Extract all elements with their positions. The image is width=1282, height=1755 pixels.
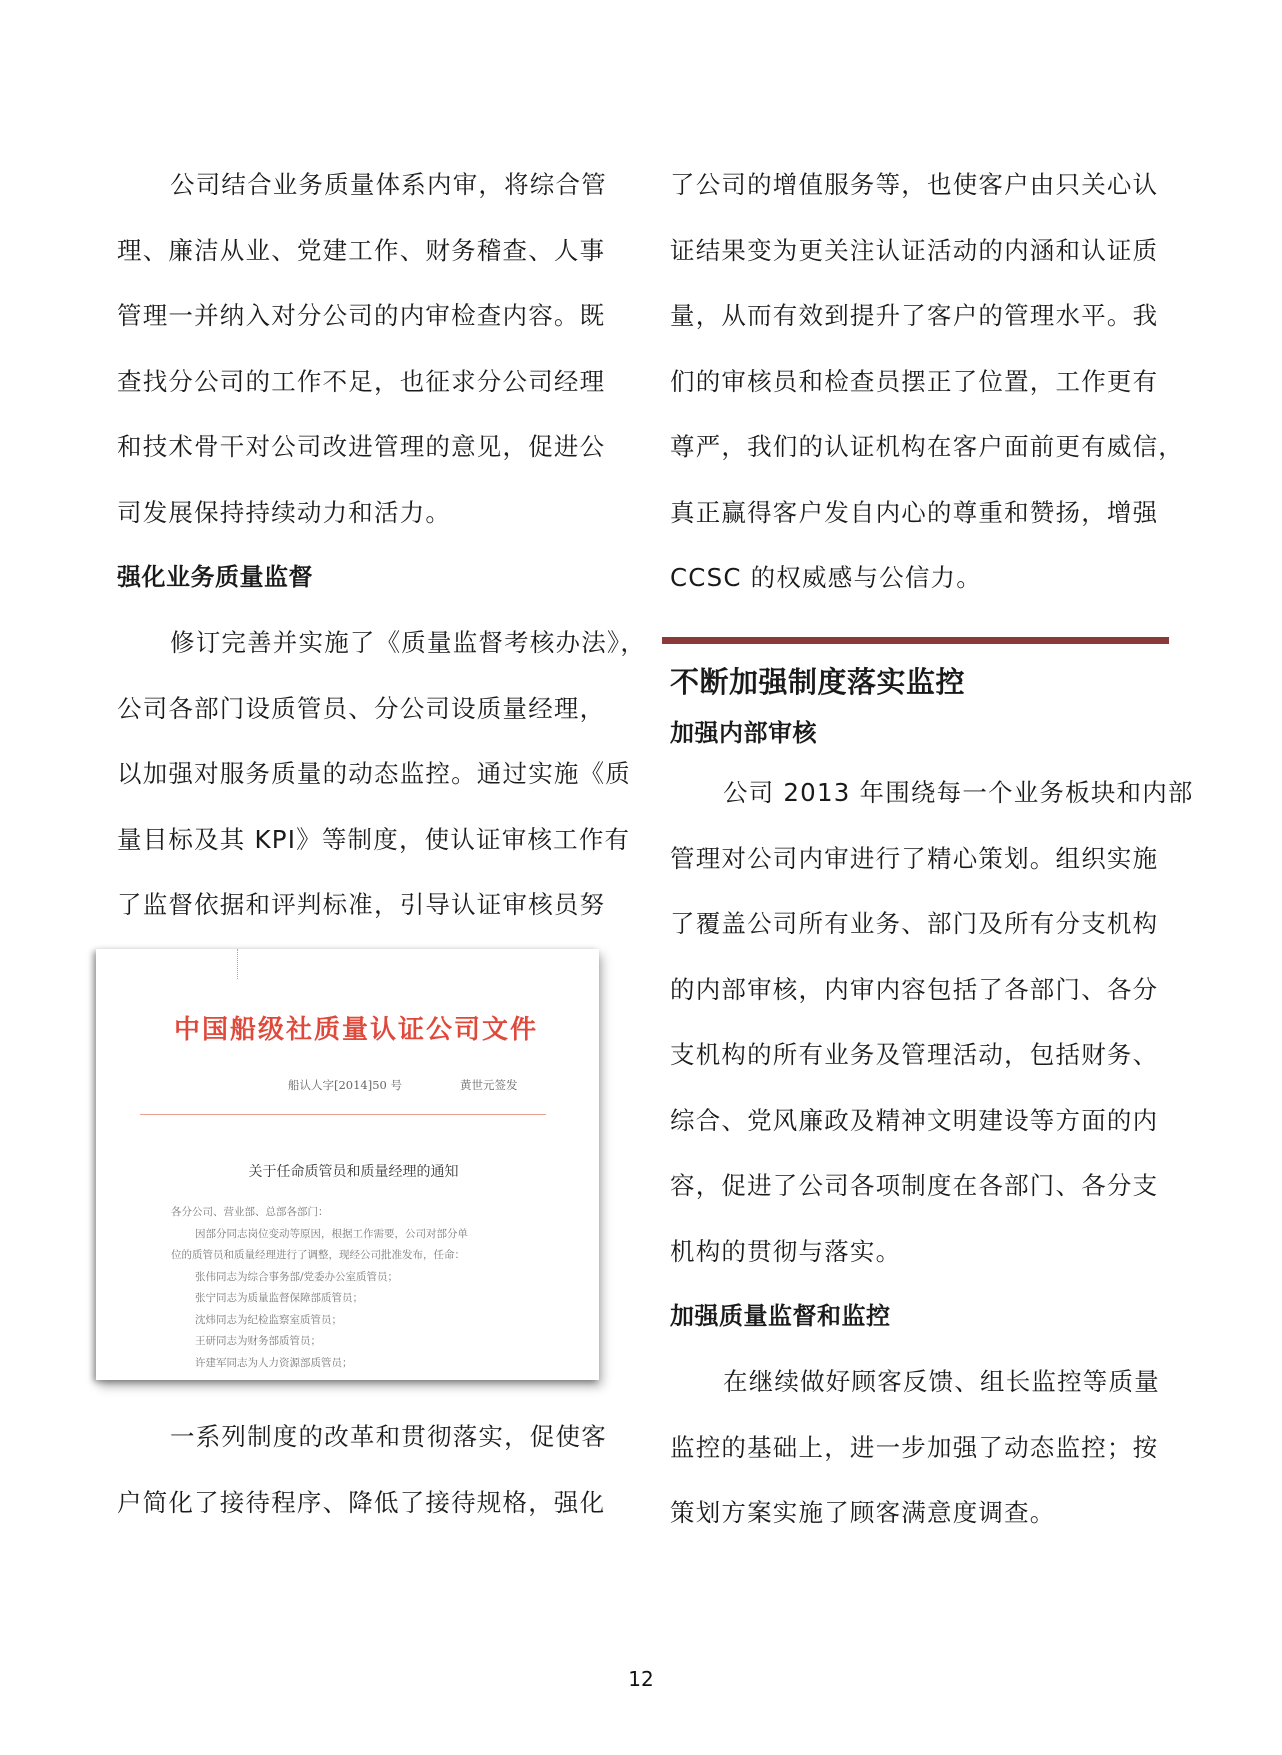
scanned-document-image: 中国船级社质量认证公司文件 船认人字[2014]50 号 黄世元签发 关于任命质… [96, 949, 599, 1380]
page-number: 12 [0, 1667, 1282, 1691]
notice-heading: 关于任命质管员和质量经理的通知 [96, 1161, 599, 1181]
text-line: 监控的基础上，进一步加强了动态监控；按 [670, 1415, 1182, 1481]
notice-line: 各分公司、营业部、总部各部门： [171, 1202, 531, 1224]
text-line: 了覆盖公司所有业务、部门及所有分支机构 [670, 891, 1182, 957]
text-line: 司发展保持持续动力和活力。 [117, 480, 627, 546]
text-line: 在继续做好顾客反馈、组长监控等质量 [670, 1349, 1182, 1415]
text-line: CCSC 的权威感与公信力。 [670, 545, 1182, 611]
document-number: 船认人字[2014]50 号 [288, 1077, 402, 1093]
text-line: 了监督依据和评判标准，引导认证审核员努 [117, 872, 627, 938]
left-paragraph-1: 公司结合业务质量体系内审，将综合管 理、廉洁从业、党建工作、财务稽查、人事 管理… [117, 152, 627, 545]
text-line: 量，从而有效到提升了客户的管理水平。我 [670, 283, 1182, 349]
left-column: 公司结合业务质量体系内审，将综合管 理、廉洁从业、党建工作、财务稽查、人事 管理… [117, 152, 627, 938]
text-line: 修订完善并实施了《质量监督考核办法》， [117, 610, 627, 676]
text-line: 策划方案实施了顾客满意度调查。 [670, 1480, 1182, 1546]
text-line: 管理一并纳入对分公司的内审检查内容。既 [117, 283, 627, 349]
notice-line: 许建军同志为人力资源部质管员； [171, 1353, 531, 1375]
notice-body: 各分公司、营业部、总部各部门： 因部分同志岗位变动等原因，根据工作需要，公司对部… [171, 1202, 531, 1374]
left-paragraph-3: 一系列制度的改革和贯彻落实，促使客 户简化了接待程序、降低了接待规格，强化 [117, 1404, 627, 1535]
text-line: 管理对公司内审进行了精心策划。组织实施 [670, 826, 1182, 892]
text-line: 真正赢得客户发自内心的尊重和赞扬，增强 [670, 480, 1182, 546]
notice-line: 张宁同志为质量监督保障部质管员； [171, 1288, 531, 1310]
text-line: 们的审核员和检查员摆正了位置，工作更有 [670, 349, 1182, 415]
section-title: 不断加强制度落实监控 [670, 660, 1182, 704]
text-line: 和技术骨干对公司改进管理的意见，促进公 [117, 414, 627, 480]
text-line: 量目标及其 KPI》等制度，使认证审核工作有 [117, 807, 627, 873]
notice-line: 位的质管员和质量经理进行了调整，现经公司批准发布，任命： [171, 1245, 531, 1267]
text-line: 支机构的所有业务及管理活动，包括财务、 [670, 1022, 1182, 1088]
notice-line: 因部分同志岗位变动等原因，根据工作需要，公司对部分单 [171, 1224, 531, 1246]
subheading-quality-monitoring: 加强质量监督和监控 [670, 1284, 1182, 1349]
right-column: 了公司的增值服务等，也使客户由只关心认 证结果变为更关注认证活动的内涵和认证质 … [670, 152, 1182, 611]
text-line: 证结果变为更关注认证活动的内涵和认证质 [670, 218, 1182, 284]
text-line: 以加强对服务质量的动态监控。通过实施《质 [117, 741, 627, 807]
notice-line: 沈炜同志为纪检监察室质管员； [171, 1310, 531, 1332]
notice-line: 张伟同志为综合事务部/党委办公室质管员； [171, 1267, 531, 1289]
text-line: 理、廉洁从业、党建工作、财务稽查、人事 [117, 218, 627, 284]
text-line: 尊严，我们的认证机构在客户面前更有威信， [670, 414, 1182, 480]
crop-mark [237, 949, 240, 979]
text-line: 一系列制度的改革和贯彻落实，促使客 [117, 1404, 627, 1470]
document-letterhead: 中国船级社质量认证公司文件 [174, 1009, 538, 1046]
right-paragraph-2: 公司 2013 年围绕每一个业务板块和内部 管理对公司内审进行了精心策划。组织实… [670, 760, 1182, 1284]
text-line: 户简化了接待程序、降低了接待规格，强化 [117, 1470, 627, 1536]
text-line: 查找分公司的工作不足，也征求分公司经理 [117, 349, 627, 415]
right-paragraph-3: 在继续做好顾客反馈、组长监控等质量 监控的基础上，进一步加强了动态监控；按 策划… [670, 1349, 1182, 1546]
text-line: 容，促进了公司各项制度在各部门、各分支 [670, 1153, 1182, 1219]
letterhead-rule [140, 1114, 546, 1115]
notice-line: 王研同志为财务部质管员； [171, 1331, 531, 1353]
left-paragraph-2: 修订完善并实施了《质量监督考核办法》， 公司各部门设质管员、分公司设质量经理， … [117, 610, 627, 938]
text-line: 了公司的增值服务等，也使客户由只关心认 [670, 152, 1182, 218]
right-paragraph-1: 了公司的增值服务等，也使客户由只关心认 证结果变为更关注认证活动的内涵和认证质 … [670, 152, 1182, 611]
text-line: 综合、党风廉政及精神文明建设等方面的内 [670, 1088, 1182, 1154]
text-line: 的内部审核，内审内容包括了各部门、各分 [670, 957, 1182, 1023]
section-divider [662, 637, 1169, 644]
text-line: 公司 2013 年围绕每一个业务板块和内部 [670, 760, 1182, 826]
document-signer: 黄世元签发 [460, 1077, 518, 1093]
right-column-section: 不断加强制度落实监控 加强内部审核 公司 2013 年围绕每一个业务板块和内部 … [670, 660, 1182, 1546]
left-column-lower: 一系列制度的改革和贯彻落实，促使客 户简化了接待程序、降低了接待规格，强化 [117, 1404, 627, 1535]
text-line: 公司结合业务质量体系内审，将综合管 [117, 152, 627, 218]
subheading-strengthen-quality-supervision: 强化业务质量监督 [117, 545, 627, 610]
subheading-internal-audit: 加强内部审核 [670, 714, 1182, 752]
text-line: 机构的贯彻与落实。 [670, 1219, 1182, 1285]
text-line: 公司各部门设质管员、分公司设质量经理， [117, 676, 627, 742]
